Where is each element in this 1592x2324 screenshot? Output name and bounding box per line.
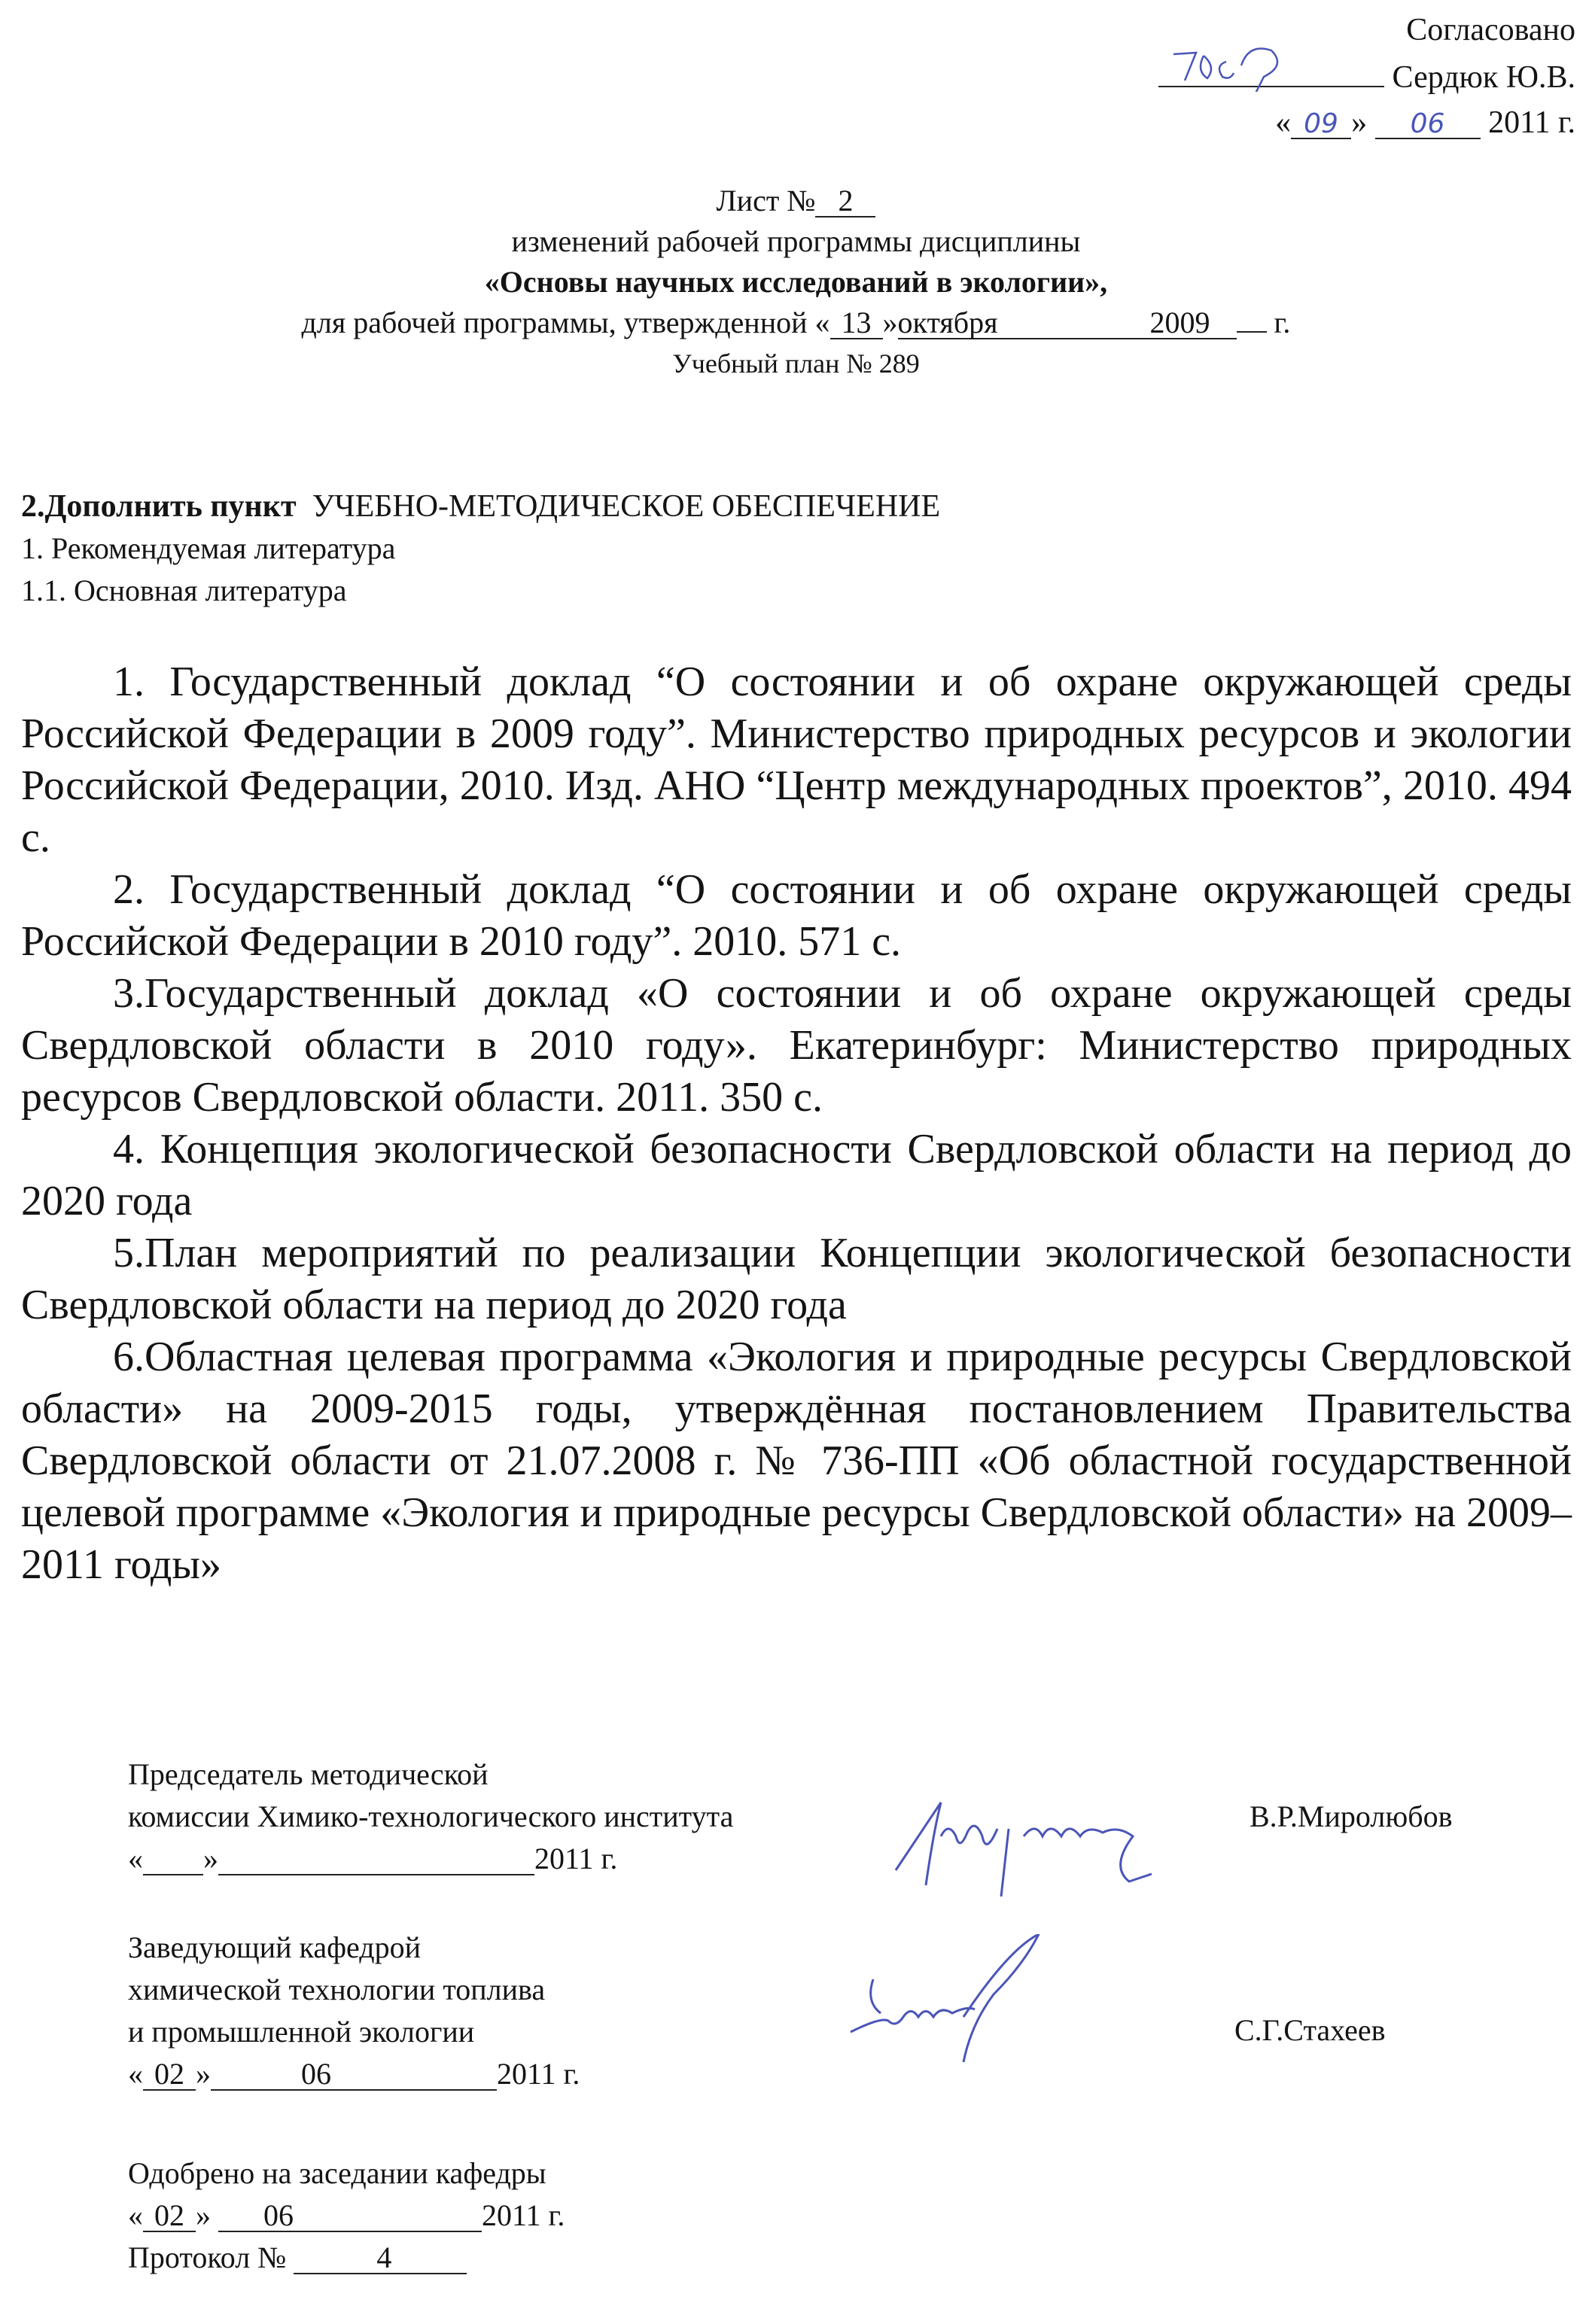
title-block: Лист №2 изменений рабочей программы дисц… — [0, 181, 1592, 384]
discipline-title: «Основы научных исследований в экологии»… — [485, 265, 1107, 299]
subsection-1-1: 1.1. Основная литература — [21, 570, 940, 612]
reference-list: 1. Государственный доклад “О состоянии и… — [21, 656, 1572, 1591]
sheet-number-line: Лист №2 — [0, 181, 1592, 221]
approval-signature-line: Сердюк Ю.В. — [1158, 53, 1575, 100]
head-date-day: 02 — [143, 2059, 196, 2091]
chairman-title-line2: комиссии Химико-технологического институ… — [128, 1796, 733, 1838]
reference-item: 4. Концепция экологической безопасности … — [21, 1124, 1572, 1227]
approval-meeting-label: Одобрено на заседании кафедры — [128, 2152, 565, 2195]
meeting-day: 02 — [143, 2201, 196, 2232]
reference-item: 3.Государственный доклад «О состоянии и … — [21, 968, 1572, 1124]
section-heading-rest: УЧЕБНО-МЕТОДИЧЕСКОЕ ОБЕСПЕЧЕНИЕ — [312, 489, 941, 524]
head-title-line1: Заведующий кафедрой — [128, 1927, 580, 1969]
sheet-number: 2 — [815, 186, 875, 217]
approver-name: Сердюк Ю.В. — [1393, 60, 1575, 95]
meeting-month: 06 — [218, 2201, 294, 2232]
head-name: С.Г.Стахеев — [1234, 2009, 1386, 2052]
head-date-month: 06 — [211, 2059, 331, 2091]
approved-year: 2009 — [1124, 308, 1237, 339]
head-signature-icon — [843, 1934, 1099, 2062]
section-heading-bold: 2.Дополнить пункт — [21, 489, 297, 524]
title-line2: изменений рабочей программы дисциплины — [0, 221, 1592, 262]
approved-day: 13 — [830, 308, 883, 339]
head-of-department-block: Заведующий кафедрой химической технологи… — [128, 1927, 580, 2095]
approved-program-line: для рабочей программы, утвержденной «13»… — [0, 303, 1592, 343]
curriculum-number: Учебный план № 289 — [0, 343, 1592, 384]
approval-year: 2011 г. — [1488, 105, 1575, 140]
subsection-1: 1. Рекомендуемая литература — [21, 528, 940, 570]
head-title-line3: и промышленной экологии — [128, 2011, 580, 2053]
protocol-line: Протокол № 4 — [128, 2237, 565, 2279]
chairman-title-line1: Председатель методической — [128, 1754, 733, 1796]
approval-date: «09» 06 2011 г. — [1158, 100, 1575, 145]
chairman-signature-icon — [881, 1784, 1227, 1897]
reference-item: 1. Государственный доклад “О состоянии и… — [21, 656, 1572, 864]
reference-item: 2. Государственный доклад “О состоянии и… — [21, 864, 1572, 968]
chairman-block: Председатель методической комиссии Химик… — [128, 1754, 733, 1880]
chairman-name: В.Р.Миролюбов — [1250, 1796, 1452, 1838]
protocol-number: 4 — [294, 2243, 391, 2274]
chairman-date: « » 2011 г. — [128, 1838, 733, 1880]
approval-block: Согласовано Сердюк Ю.В. «09» 06 2011 г. — [1158, 8, 1575, 145]
approved-month: октября — [898, 308, 1124, 339]
approval-month: 06 — [1375, 111, 1481, 139]
approval-day: 09 — [1291, 111, 1351, 139]
department-approval-block: Одобрено на заседании кафедры «02» 06 20… — [128, 2152, 565, 2279]
section-heading: 2.Дополнить пункт УЧЕБНО-МЕТОДИЧЕСКОЕ ОБ… — [21, 485, 940, 612]
approval-meeting-date: «02» 06 2011 г. — [128, 2195, 565, 2237]
reference-item: 6.Областная целевая программа «Экология … — [21, 1331, 1572, 1591]
approval-signature-blank — [1158, 53, 1384, 87]
reference-item: 5.План мероприятий по реализации Концепц… — [21, 1227, 1572, 1331]
head-date: «02»06 2011 г. — [128, 2053, 580, 2095]
head-title-line2: химической технологии топлива — [128, 1969, 580, 2011]
signature-icon — [1166, 39, 1317, 92]
